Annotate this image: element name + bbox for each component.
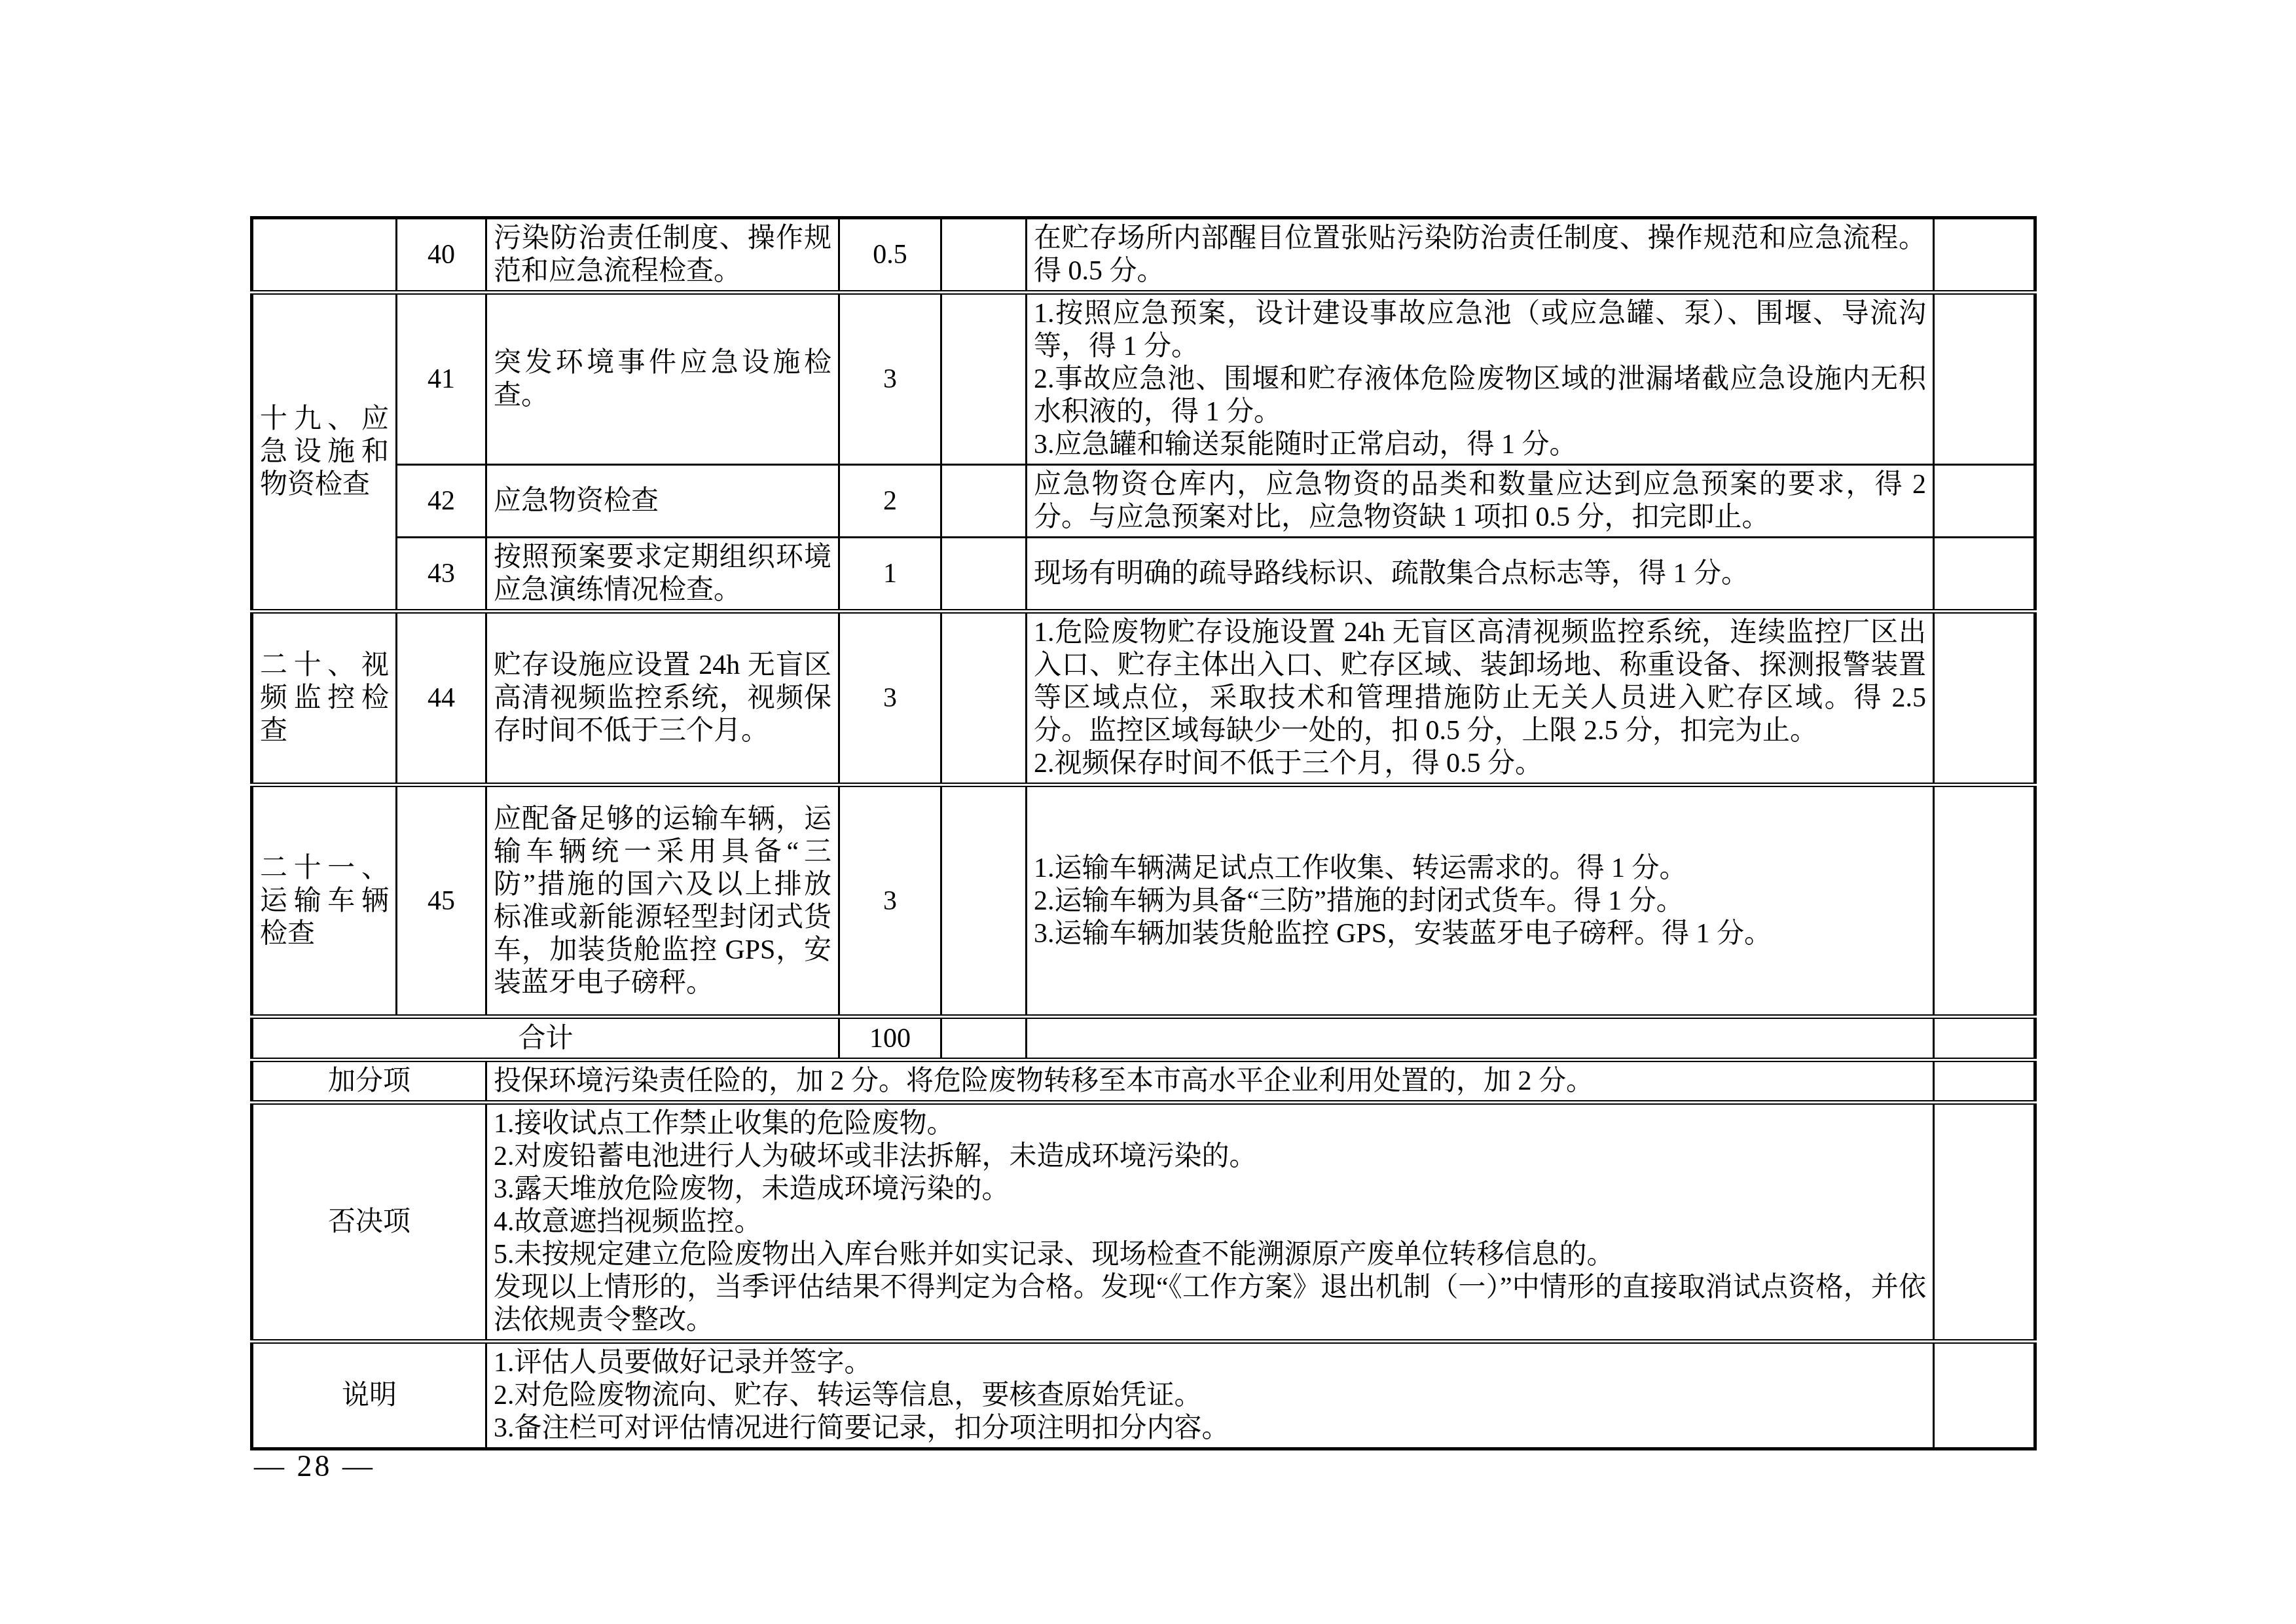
earned-score-cell [941, 612, 1027, 785]
score-cell: 3 [839, 293, 941, 465]
score-cell: 1 [839, 538, 941, 612]
earned-score-cell [941, 465, 1027, 538]
score-cell: 2 [839, 465, 941, 538]
criteria-cell: 在贮存场所内部醒目位置张贴污染防治责任制度、操作规范和应急流程。得 0.5 分。 [1027, 218, 1934, 293]
notes-label-cell: 说明 [252, 1342, 486, 1449]
veto-row: 否决项 1.接收试点工作禁止收集的危险废物。 2.对废铅蓄电池进行人为破坏或非法… [252, 1103, 2035, 1342]
score-cell: 0.5 [839, 218, 941, 293]
inspection-item-cell: 突发环境事件应急设施检查。 [486, 293, 839, 465]
remark-cell [1934, 293, 2035, 465]
table-row-43: 43 按照预案要求定期组织环境应急演练情况检查。 1 现场有明确的疏导路线标识、… [252, 538, 2035, 612]
remark-cell [1934, 1103, 2035, 1342]
remark-cell [1934, 1060, 2035, 1103]
inspection-item-cell: 应急物资检查 [486, 465, 839, 538]
remark-cell [1934, 218, 2035, 293]
total-label-cell: 合计 [252, 1017, 839, 1060]
table-row-41: 十九、应急设施和物资检查 41 突发环境事件应急设施检查。 3 1.按照应急预案… [252, 293, 2035, 465]
category-cell-21: 二十一、运输车辆检查 [252, 785, 397, 1017]
category-cell-19: 十九、应急设施和物资检查 [252, 293, 397, 612]
row-number-cell: 42 [397, 465, 486, 538]
remark-cell [1934, 1342, 2035, 1449]
category-cell-20: 二十、视频监控检查 [252, 612, 397, 785]
evaluation-table: 40 污染防治责任制度、操作规范和应急流程检查。 0.5 在贮存场所内部醒目位置… [250, 216, 2037, 1450]
table-row-40: 40 污染防治责任制度、操作规范和应急流程检查。 0.5 在贮存场所内部醒目位置… [252, 218, 2035, 293]
remark-cell [1934, 465, 2035, 538]
notes-text-cell: 1.评估人员要做好记录并签字。 2.对危险废物流向、贮存、转运等信息，要核查原始… [486, 1342, 1934, 1449]
bonus-text-cell: 投保环境污染责任险的，加 2 分。将危险废物转移至本市高水平企业利用处置的，加 … [486, 1060, 1934, 1103]
table-row-44: 二十、视频监控检查 44 贮存设施应设置 24h 无盲区高清视频监控系统，视频保… [252, 612, 2035, 785]
row-number-cell: 45 [397, 785, 486, 1017]
bonus-label-cell: 加分项 [252, 1060, 486, 1103]
earned-score-cell [941, 1017, 1027, 1060]
total-score-cell: 100 [839, 1017, 941, 1060]
veto-text-cell: 1.接收试点工作禁止收集的危险废物。 2.对废铅蓄电池进行人为破坏或非法拆解，未… [486, 1103, 1934, 1342]
total-row: 合计 100 [252, 1017, 2035, 1060]
remark-cell [1934, 785, 2035, 1017]
remark-cell [1934, 612, 2035, 785]
row-number-cell: 40 [397, 218, 486, 293]
criteria-cell-empty [1027, 1017, 1934, 1060]
earned-score-cell [941, 538, 1027, 612]
category-cell-empty [252, 218, 397, 293]
inspection-item-cell: 按照预案要求定期组织环境应急演练情况检查。 [486, 538, 839, 612]
inspection-item-cell: 污染防治责任制度、操作规范和应急流程检查。 [486, 218, 839, 293]
bonus-row: 加分项 投保环境污染责任险的，加 2 分。将危险废物转移至本市高水平企业利用处置… [252, 1060, 2035, 1103]
row-number-cell: 41 [397, 293, 486, 465]
table-row-45: 二十一、运输车辆检查 45 应配备足够的运输车辆，运输车辆统一采用具备“三防”措… [252, 785, 2035, 1017]
criteria-cell: 应急物资仓库内，应急物资的品类和数量应达到应急预案的要求，得 2 分。与应急预案… [1027, 465, 1934, 538]
earned-score-cell [941, 218, 1027, 293]
veto-label-cell: 否决项 [252, 1103, 486, 1342]
criteria-cell: 1.运输车辆满足试点工作收集、转运需求的。得 1 分。 2.运输车辆为具备“三防… [1027, 785, 1934, 1017]
page-number: — 28 — [254, 1449, 375, 1483]
earned-score-cell [941, 293, 1027, 465]
remark-cell [1934, 1017, 2035, 1060]
remark-cell [1934, 538, 2035, 612]
criteria-cell: 现场有明确的疏导路线标识、疏散集合点标志等，得 1 分。 [1027, 538, 1934, 612]
earned-score-cell [941, 785, 1027, 1017]
notes-row: 说明 1.评估人员要做好记录并签字。 2.对危险废物流向、贮存、转运等信息，要核… [252, 1342, 2035, 1449]
inspection-item-cell: 贮存设施应设置 24h 无盲区高清视频监控系统，视频保存时间不低于三个月。 [486, 612, 839, 785]
inspection-item-cell: 应配备足够的运输车辆，运输车辆统一采用具备“三防”措施的国六及以上排放标准或新能… [486, 785, 839, 1017]
row-number-cell: 44 [397, 612, 486, 785]
table-row-42: 42 应急物资检查 2 应急物资仓库内，应急物资的品类和数量应达到应急预案的要求… [252, 465, 2035, 538]
document-page: 40 污染防治责任制度、操作规范和应急流程检查。 0.5 在贮存场所内部醒目位置… [0, 0, 2296, 1624]
criteria-cell: 1.按照应急预案，设计建设事故应急池（或应急罐、泵）、围堰、导流沟等，得 1 分… [1027, 293, 1934, 465]
row-number-cell: 43 [397, 538, 486, 612]
score-cell: 3 [839, 612, 941, 785]
criteria-cell: 1.危险废物贮存设施设置 24h 无盲区高清视频监控系统，连续监控厂区出入口、贮… [1027, 612, 1934, 785]
score-cell: 3 [839, 785, 941, 1017]
